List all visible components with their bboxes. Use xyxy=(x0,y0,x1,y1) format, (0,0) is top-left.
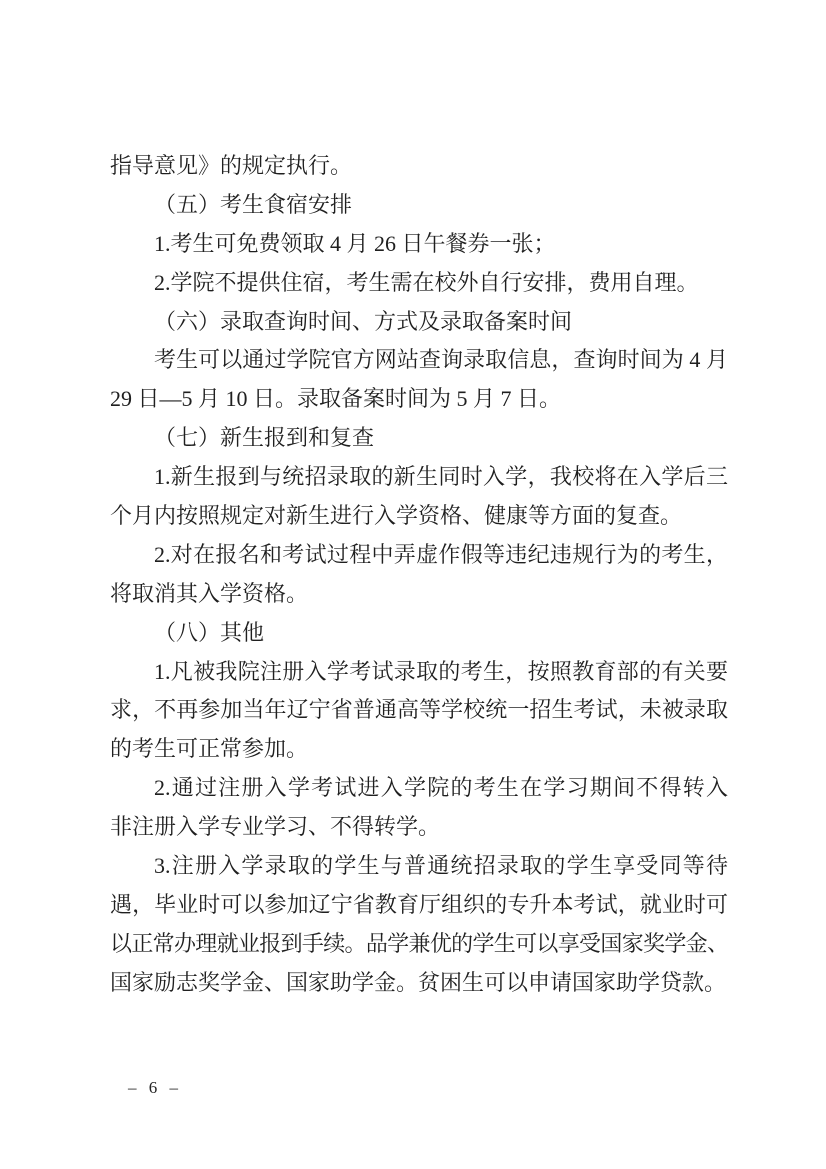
text-line: 将取消其入学资格。 xyxy=(110,575,728,614)
text-line: 的考生可正常参加。 xyxy=(110,730,728,769)
page-number: – 6 – xyxy=(128,1078,182,1098)
text-line: 1.新生报到与统招录取的新生同时入学，我校将在入学后三 xyxy=(110,458,728,497)
document-body: 指导意见》的规定执行。 （五）考生食宿安排 1.考生可免费领取 4 月 26 日… xyxy=(110,147,728,1003)
text-line: 遇，毕业时可以参加辽宁省教育厅组织的专升本考试，就业时可 xyxy=(110,886,728,925)
text-line: 2.通过注册入学考试进入学院的考生在学习期间不得转入 xyxy=(110,769,728,808)
text-line: 个月内按照规定对新生进行入学资格、健康等方面的复查。 xyxy=(110,497,728,536)
text-line: 非注册入学专业学习、不得转学。 xyxy=(110,808,728,847)
text-line: 考生可以通过学院官方网站查询录取信息，查询时间为 4 月 xyxy=(110,341,728,380)
text-line: 2.对在报名和考试过程中弄虚作假等违纪违规行为的考生， xyxy=(110,536,728,575)
section-heading: （五）考生食宿安排 xyxy=(110,186,728,225)
text-line: 1.凡被我院注册入学考试录取的考生，按照教育部的有关要 xyxy=(110,653,728,692)
section-heading: （六）录取查询时间、方式及录取备案时间 xyxy=(110,303,728,342)
section-heading: （八）其他 xyxy=(110,614,728,653)
text-line: 1.考生可免费领取 4 月 26 日午餐券一张； xyxy=(110,225,728,264)
text-line: 求，不再参加当年辽宁省普通高等学校统一招生考试，未被录取 xyxy=(110,691,728,730)
text-line: 以正常办理就业报到手续。品学兼优的学生可以享受国家奖学金、 xyxy=(110,925,728,964)
text-line: 2.学院不提供住宿，考生需在校外自行安排，费用自理。 xyxy=(110,264,728,303)
document-page: 指导意见》的规定执行。 （五）考生食宿安排 1.考生可免费领取 4 月 26 日… xyxy=(0,0,826,1169)
text-line: 指导意见》的规定执行。 xyxy=(110,147,728,186)
section-heading: （七）新生报到和复查 xyxy=(110,419,728,458)
text-line: 国家励志奖学金、国家助学金。贫困生可以申请国家助学贷款。 xyxy=(110,964,728,1003)
text-line: 3.注册入学录取的学生与普通统招录取的学生享受同等待 xyxy=(110,847,728,886)
text-line: 29 日—5 月 10 日。录取备案时间为 5 月 7 日。 xyxy=(110,380,728,419)
